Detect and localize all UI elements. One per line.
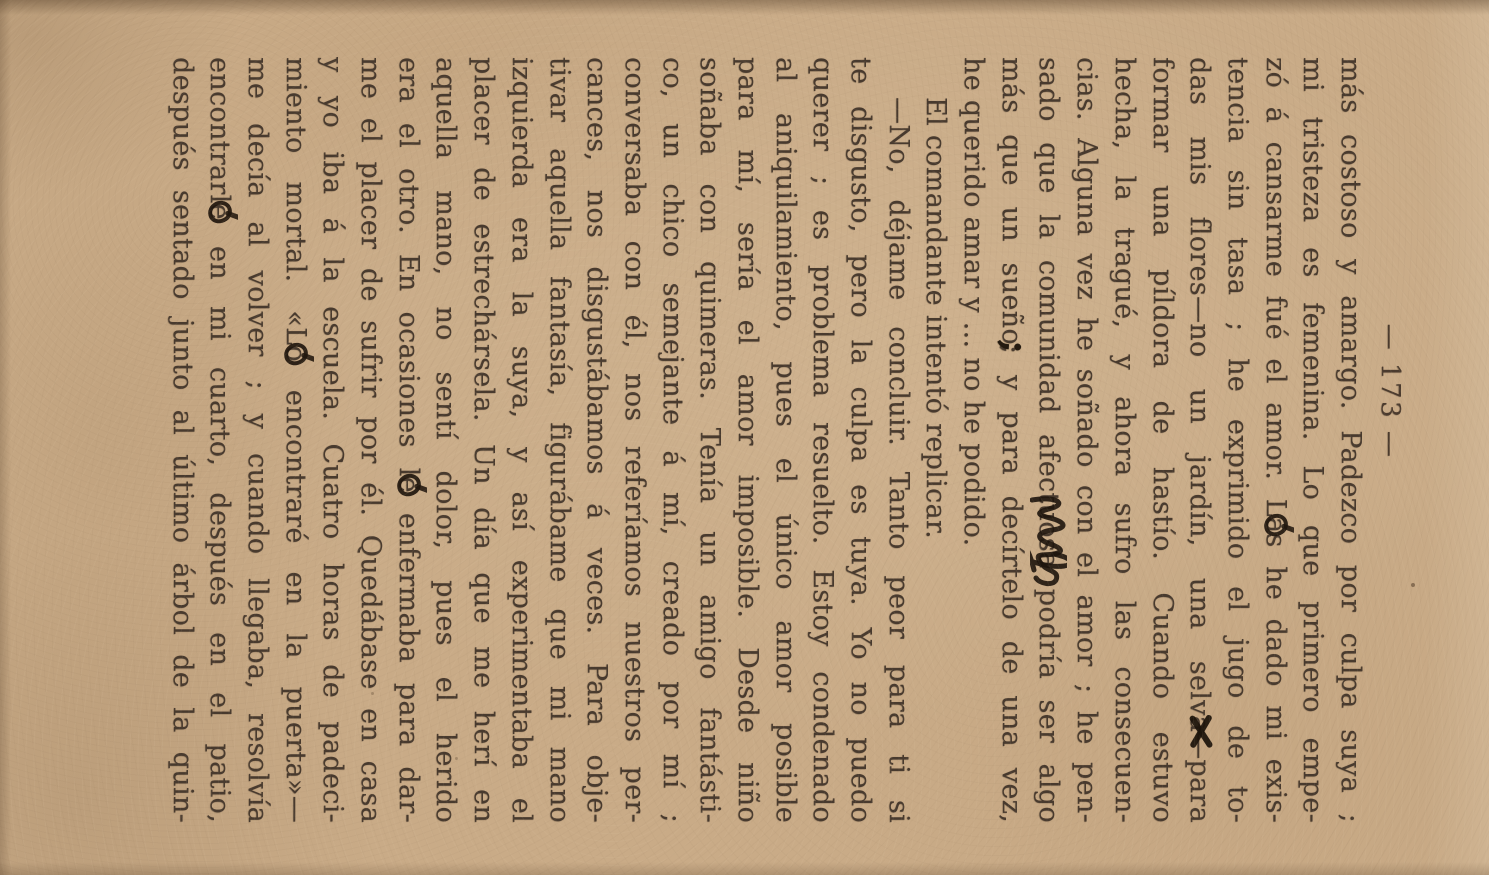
text-line: mi tristeza es femenina. Lo que primero … <box>1294 57 1332 823</box>
text-line: soñaba con quimeras. Tenía un amigo fant… <box>691 57 729 823</box>
text-line: para mí, sería el amor imposible. Desde … <box>728 57 766 823</box>
text-line: co, un chico semejante á mí, creado por … <box>653 57 691 823</box>
text-line: hecha, la tragué, y ahora sufro las cons… <box>1105 57 1143 823</box>
handwriting-blob-mark: e <box>204 204 235 220</box>
text-line: cances, nos disgustábamos á veces. Para … <box>578 57 616 823</box>
text-line: me decía al volver ; y cuando llegaba, r… <box>238 57 276 823</box>
text-line: conversaba con él, nos referíamos nuestr… <box>615 57 653 823</box>
handwriting-blob-mark: e <box>393 477 424 493</box>
text-line: querer ; es problema resuelto. Estoy con… <box>804 57 842 823</box>
text-line: más que un sueño; y para decírtelo de un… <box>992 57 1030 823</box>
scanned-book-page: — 173 — más costoso y amargo. Padezco po… <box>0 0 1489 875</box>
text-line: he querido amar y ... no he podido. <box>954 57 992 823</box>
text-line: encontrarle en mi cuarto, después en el … <box>201 57 239 823</box>
text-line: sado que la comunidad afectuosa podría s… <box>1030 57 1068 823</box>
text-line: cias. Alguna vez he soñado con el amor ;… <box>1068 57 1106 823</box>
text-line: aquella mano, no sentí dolor, pues el he… <box>427 57 465 823</box>
text-line: placer de estrechársela. Un día que me h… <box>465 57 503 823</box>
handwriting-semicolon-mark: ; <box>996 345 1027 354</box>
text-line: y yo iba á la escuela. Cuatro horas de p… <box>314 57 352 823</box>
text-line: formar una píldora de hastío. Cuando est… <box>1143 57 1181 823</box>
text-line: después sentado junto al último árbol de… <box>163 57 201 823</box>
text-line: era el otro. En ocasiones le enfermaba p… <box>389 57 427 823</box>
text-line: tivar aquella fantasía, figurábame que m… <box>540 57 578 823</box>
text-line: más costoso y amargo. Padezco por culpa … <box>1331 57 1369 823</box>
handwriting-xmark-mark: a— <box>1184 716 1215 760</box>
text-line: das mis flores—no un jardín, una selva—p… <box>1181 57 1219 823</box>
text-line: tencia sin tasa ; he exprimido el jugo d… <box>1218 57 1256 823</box>
text-line: izquierda era la suya, y así experimenta… <box>502 57 540 823</box>
page-number: — 173 — <box>1375 0 1405 829</box>
handwriting-blob-mark: a <box>1260 517 1291 533</box>
text-line: al aniquilamiento, pues el único amor po… <box>766 57 804 823</box>
text-line: miento mortal. «Lo encontraré en la puer… <box>276 57 314 823</box>
book-page-rotated: — 173 — más costoso y amargo. Padezco po… <box>0 0 1489 875</box>
handwriting-blob-mark: o <box>280 345 311 362</box>
text-line: El comandante intentó replicar. <box>917 57 955 823</box>
handwriting-scribble-mark: uosa <box>1034 504 1065 569</box>
text-line: zó á cansarme fué el amor. Las he dado m… <box>1256 57 1294 823</box>
text-line: —No, déjame concluir. Tanto peor para ti… <box>879 57 917 823</box>
text-line: me el placer de sufrir por él. Quedábase… <box>351 57 389 823</box>
text-block: más costoso y amargo. Padezco por culpa … <box>163 57 1369 823</box>
text-line: te disgusto, pero la culpa es tuya. Yo n… <box>841 57 879 823</box>
